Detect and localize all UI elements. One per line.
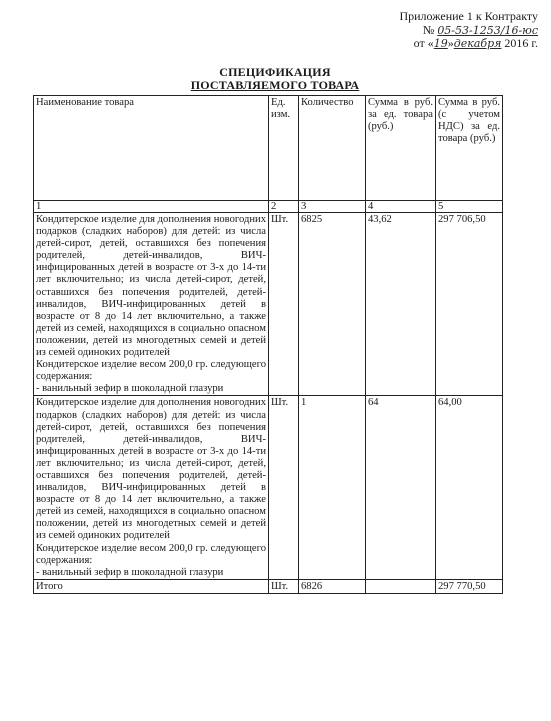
- table-row: Кондитерское изделие для дополнения ново…: [34, 213, 503, 396]
- description-content: - ванильный зефир в шоколадной глазури: [36, 567, 266, 579]
- column-number: 4: [366, 201, 436, 213]
- total-unit-price: [366, 579, 436, 593]
- annex-title: Приложение 1 к Контракту: [358, 10, 538, 24]
- annex-header: Приложение 1 к Контракту № 05-53-1253/16…: [358, 10, 538, 51]
- item-total: 64,00: [436, 396, 503, 579]
- date-month-handwritten: декабря: [454, 37, 502, 50]
- total-row: Итого Шт. 6826 297 770,50: [34, 579, 503, 593]
- item-unit: Шт.: [269, 396, 299, 579]
- item-quantity: 6825: [299, 213, 366, 396]
- date-prefix: от «: [414, 36, 434, 50]
- item-unit-price: 43,62: [366, 213, 436, 396]
- column-number: 5: [436, 201, 503, 213]
- total-unit: Шт.: [269, 579, 299, 593]
- contract-number: № 05-53-1253/16-юс: [358, 24, 538, 38]
- date-day-handwritten: 19: [434, 37, 448, 50]
- description-main: Кондитерское изделие для дополнения ново…: [36, 214, 266, 359]
- document-title: СПЕЦИФИКАЦИЯ ПОСТАВЛЯЕМОГО ТОВАРА: [150, 66, 400, 91]
- header-total: Сумма в руб. (с учетом НДС) за ед. товар…: [436, 96, 503, 201]
- item-description: Кондитерское изделие для дополнения ново…: [34, 396, 269, 579]
- column-number-row: 1 2 3 4 5: [34, 201, 503, 213]
- header-name: Наименование товара: [34, 96, 269, 201]
- description-weight: Кондитерское изделие весом 200,0 гр. сле…: [36, 543, 266, 567]
- column-number: 1: [34, 201, 269, 213]
- date-suffix: 2016 г.: [504, 36, 538, 50]
- item-total: 297 706,50: [436, 213, 503, 396]
- contract-number-handwritten: 05-53-1253/16-юс: [437, 24, 538, 37]
- header-quantity: Количество: [299, 96, 366, 201]
- column-number: 3: [299, 201, 366, 213]
- total-label: Итого: [34, 579, 269, 593]
- description-content: - ванильный зефир в шоколадной глазури: [36, 383, 266, 395]
- contract-date: от «19»декабря 2016 г.: [358, 37, 538, 51]
- title-line-1: СПЕЦИФИКАЦИЯ: [150, 66, 400, 79]
- item-unit-price: 64: [366, 396, 436, 579]
- contract-number-prefix: №: [423, 23, 434, 37]
- specification-table: Наименование товара Ед. изм. Количество …: [33, 95, 503, 594]
- item-description: Кондитерское изделие для дополнения ново…: [34, 213, 269, 396]
- description-weight: Кондитерское изделие весом 200,0 гр. сле…: [36, 359, 266, 383]
- item-unit: Шт.: [269, 213, 299, 396]
- title-line-2: ПОСТАВЛЯЕМОГО ТОВАРА: [150, 79, 400, 92]
- total-sum: 297 770,50: [436, 579, 503, 593]
- table-row: Кондитерское изделие для дополнения ново…: [34, 396, 503, 579]
- header-unit-price: Сумма в руб. за ед. товара (руб.): [366, 96, 436, 201]
- header-unit: Ед. изм.: [269, 96, 299, 201]
- total-quantity: 6826: [299, 579, 366, 593]
- table-header-row: Наименование товара Ед. изм. Количество …: [34, 96, 503, 201]
- column-number: 2: [269, 201, 299, 213]
- description-main: Кондитерское изделие для дополнения ново…: [36, 397, 266, 542]
- item-quantity: 1: [299, 396, 366, 579]
